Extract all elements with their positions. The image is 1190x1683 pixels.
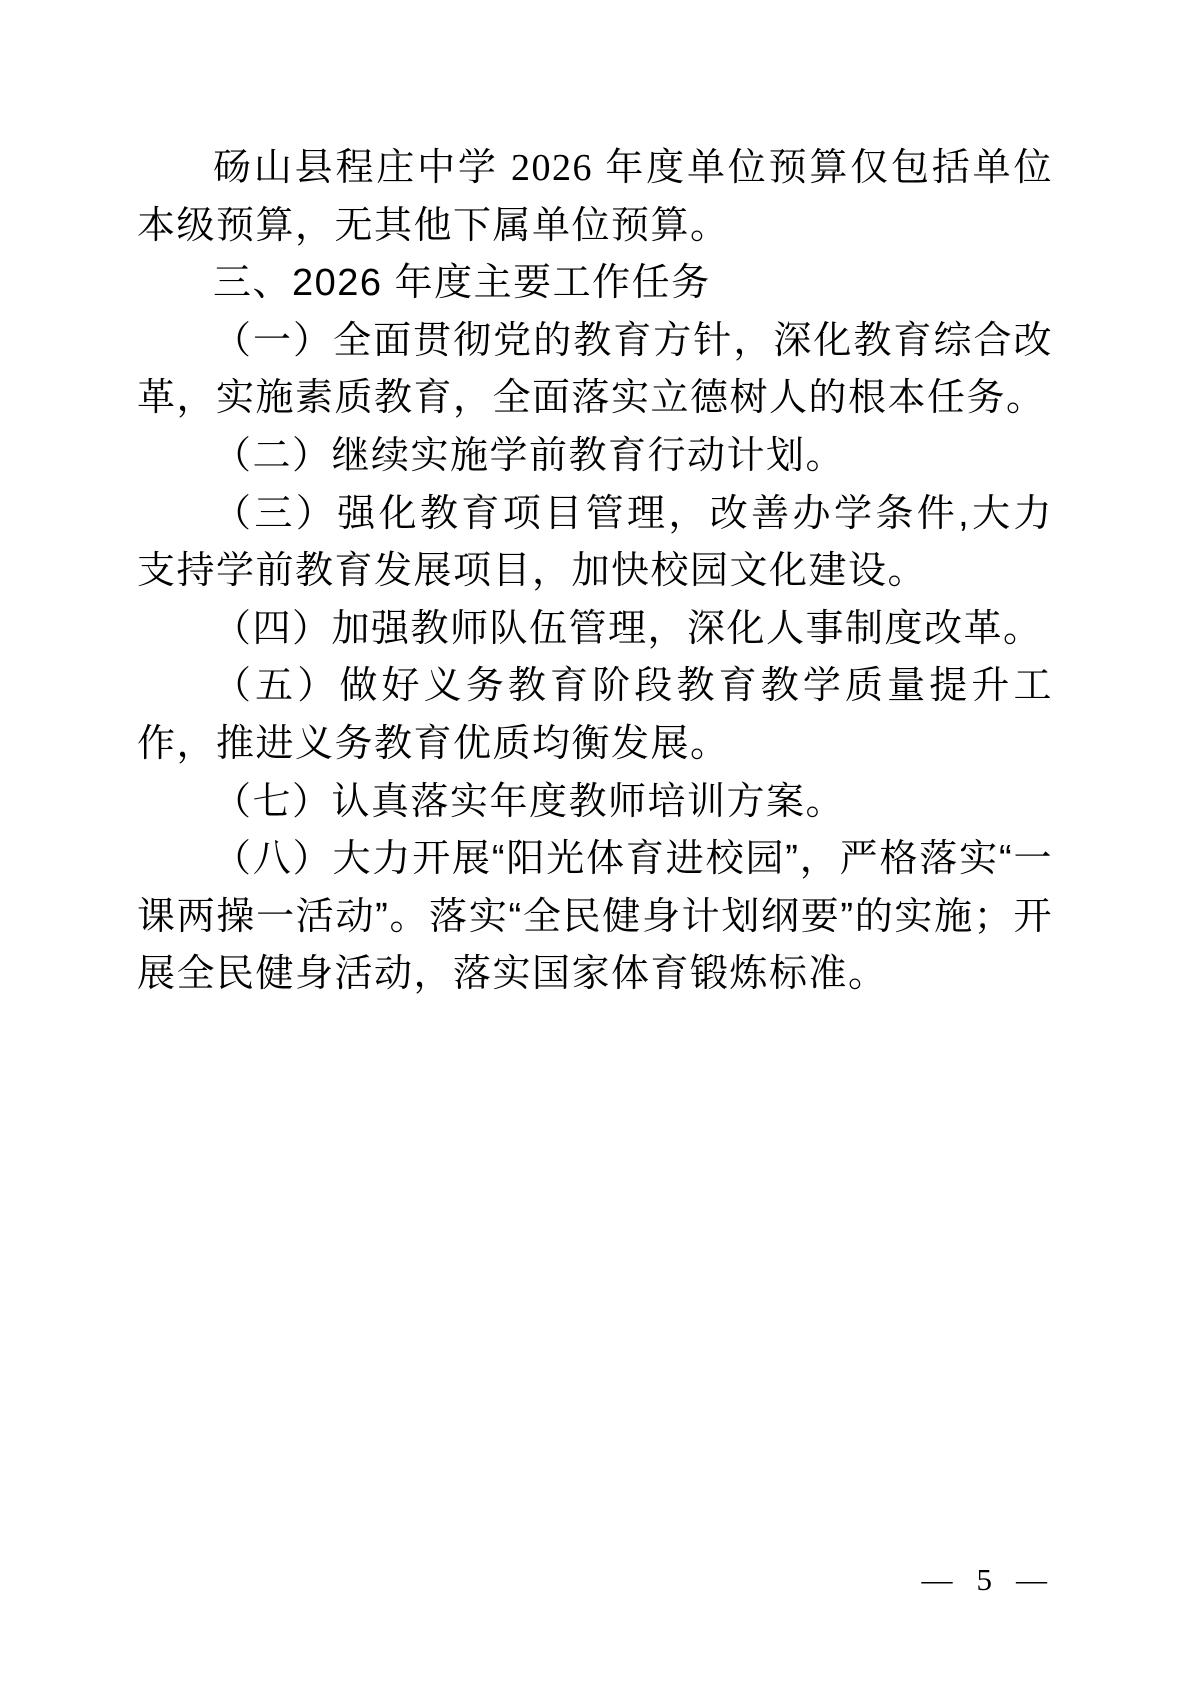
text-run: （三）强化教育项目管理，改善办学条件,大力支持学前教育发展项目，加快校园文化建设… (137, 493, 1053, 593)
page-number-dash-right: — (1016, 1560, 1047, 1600)
text-run: 三、 (213, 262, 292, 304)
paragraph-item-2: （二）继续实施学前教育行动计划。 (137, 428, 1053, 486)
text-run: （四）加强教师队伍管理，深化人事制度改革。 (213, 608, 1043, 650)
text-run: （八）大力开展“阳光体育进校园”，严格落实“一课两操一活动”。落实“全民健身计划… (137, 838, 1053, 995)
document-page: 砀山县程庄中学 2026 年度单位预算仅包括单位本级预算，无其他下属单位预算。 … (0, 0, 1190, 1683)
text-run-school-name: 程庄中学 (335, 147, 498, 189)
page-number: — 5 — (922, 1560, 1048, 1600)
text-run: （五）做好义务教育阶段教育教学质量提升工作，推进义务教育优质均衡发展。 (137, 665, 1053, 765)
page-number-dash-left: — (922, 1560, 953, 1600)
paragraph-item-1: （一）全面贯彻党的教育方针，深化教育综合改革，实施素质教育，全面落实立德树人的根… (137, 313, 1053, 428)
document-body: 砀山县程庄中学 2026 年度单位预算仅包括单位本级预算，无其他下属单位预算。 … (137, 140, 1053, 1004)
text-run: 年度主要工作任务 (395, 262, 711, 304)
paragraph-item-7: （七）认真落实年度教师培训方案。 (137, 774, 1053, 832)
text-run: 砀山县 (213, 147, 335, 189)
text-run-year: 2026 (292, 262, 395, 304)
section-heading: 三、2026 年度主要工作任务 (137, 255, 1053, 313)
paragraph-item-8: （八）大力开展“阳光体育进校园”，严格落实“一课两操一活动”。落实“全民健身计划… (137, 831, 1053, 1004)
paragraph-item-4: （四）加强教师队伍管理，深化人事制度改革。 (137, 601, 1053, 659)
text-run: （二）继续实施学前教育行动计划。 (213, 435, 845, 477)
text-run: （七）认真落实年度教师培训方案。 (213, 781, 845, 823)
paragraph-intro: 砀山县程庄中学 2026 年度单位预算仅包括单位本级预算，无其他下属单位预算。 (137, 140, 1053, 255)
paragraph-item-3: （三）强化教育项目管理，改善办学条件,大力支持学前教育发展项目，加快校园文化建设… (137, 486, 1053, 601)
paragraph-item-5: （五）做好义务教育阶段教育教学质量提升工作，推进义务教育优质均衡发展。 (137, 658, 1053, 773)
page-number-value: 5 (977, 1560, 993, 1600)
text-run-year: 2026 (499, 147, 606, 189)
text-run: （一）全面贯彻党的教育方针，深化教育综合改革，实施素质教育，全面落实立德树人的根… (137, 320, 1053, 420)
